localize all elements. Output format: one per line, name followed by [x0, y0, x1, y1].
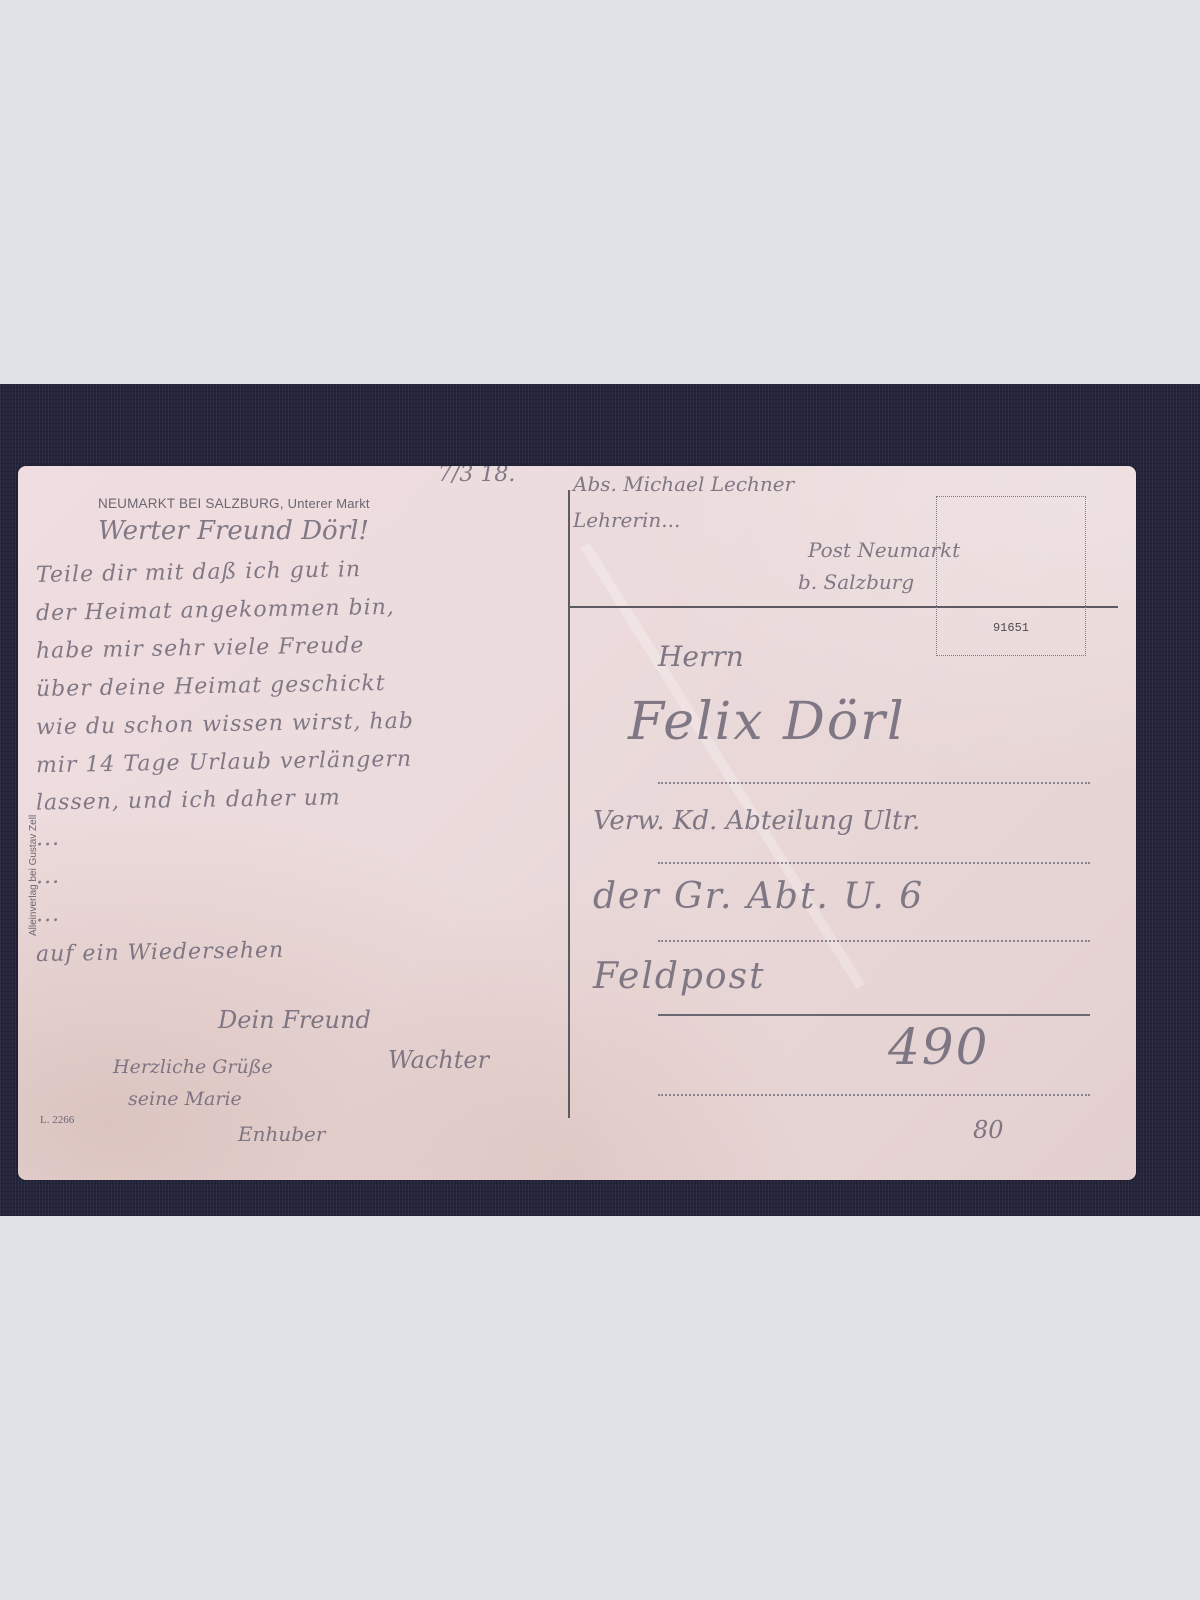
address-line: Verw. Kd. Abteilung Ultr.	[593, 806, 920, 836]
message-line: habe mir sehr viele Freude	[36, 633, 365, 664]
message-line: Teile dir mit daß ich gut in	[36, 557, 362, 588]
postscript-line: seine Marie	[128, 1088, 242, 1110]
message-line: ...	[36, 902, 60, 927]
address-salutation: Herrn	[658, 640, 744, 673]
subtitle-text: Unterer Markt	[288, 496, 370, 511]
vertical-divider	[568, 490, 570, 1118]
address-number: 490	[888, 1018, 989, 1076]
card-crease	[581, 543, 865, 989]
message-line: ...	[36, 826, 60, 851]
message-line: mir 14 Tage Urlaub verlängern	[36, 747, 412, 779]
sender-note-line: b. Salzburg	[798, 570, 914, 594]
address-line-rule	[658, 1094, 1090, 1096]
message-line: ...	[36, 864, 60, 889]
postcard: NEUMARKT BEI SALZBURG, Unterer Markt All…	[18, 466, 1136, 1180]
title-text: NEUMARKT BEI SALZBURG,	[98, 496, 284, 511]
corner-mark: 80	[973, 1116, 1004, 1144]
closing: Dein Freund	[218, 1006, 371, 1034]
sender-note-line: Abs. Michael Lechner	[573, 472, 794, 496]
address-line: Feldpost	[593, 956, 766, 997]
stamp-box: 91651	[936, 496, 1086, 656]
postscript-line: Enhuber	[238, 1122, 325, 1146]
postscript-line: Herzliche Grüße	[113, 1056, 273, 1078]
message-line: auf ein Wiedersehen	[36, 938, 285, 967]
handwritten-date: 7/3 18.	[438, 466, 515, 487]
sender-note-line: Post Neumarkt	[808, 538, 960, 562]
message-line: über deine Heimat geschickt	[36, 671, 386, 702]
address-line-rule	[658, 940, 1090, 942]
address-line: der Gr. Abt. U. 6	[593, 876, 924, 917]
sender-note-line: Lehrerin...	[573, 508, 680, 532]
message-line: der Heimat angekommen bin,	[36, 595, 395, 626]
address-name: Felix Dörl	[628, 692, 906, 752]
message-line: lassen, und ich daher um	[36, 785, 341, 815]
address-line-rule	[658, 1014, 1090, 1016]
address-line-rule	[658, 782, 1090, 784]
series-code: L. 2266	[40, 1114, 74, 1126]
signature: Wachter	[388, 1046, 489, 1074]
greeting: Werter Freund Dörl!	[98, 516, 369, 546]
stamp-box-number: 91651	[937, 621, 1085, 635]
address-line-rule	[658, 862, 1090, 864]
printed-title: NEUMARKT BEI SALZBURG, Unterer Markt	[98, 496, 370, 511]
message-line: wie du schon wissen wirst, hab	[36, 709, 414, 741]
